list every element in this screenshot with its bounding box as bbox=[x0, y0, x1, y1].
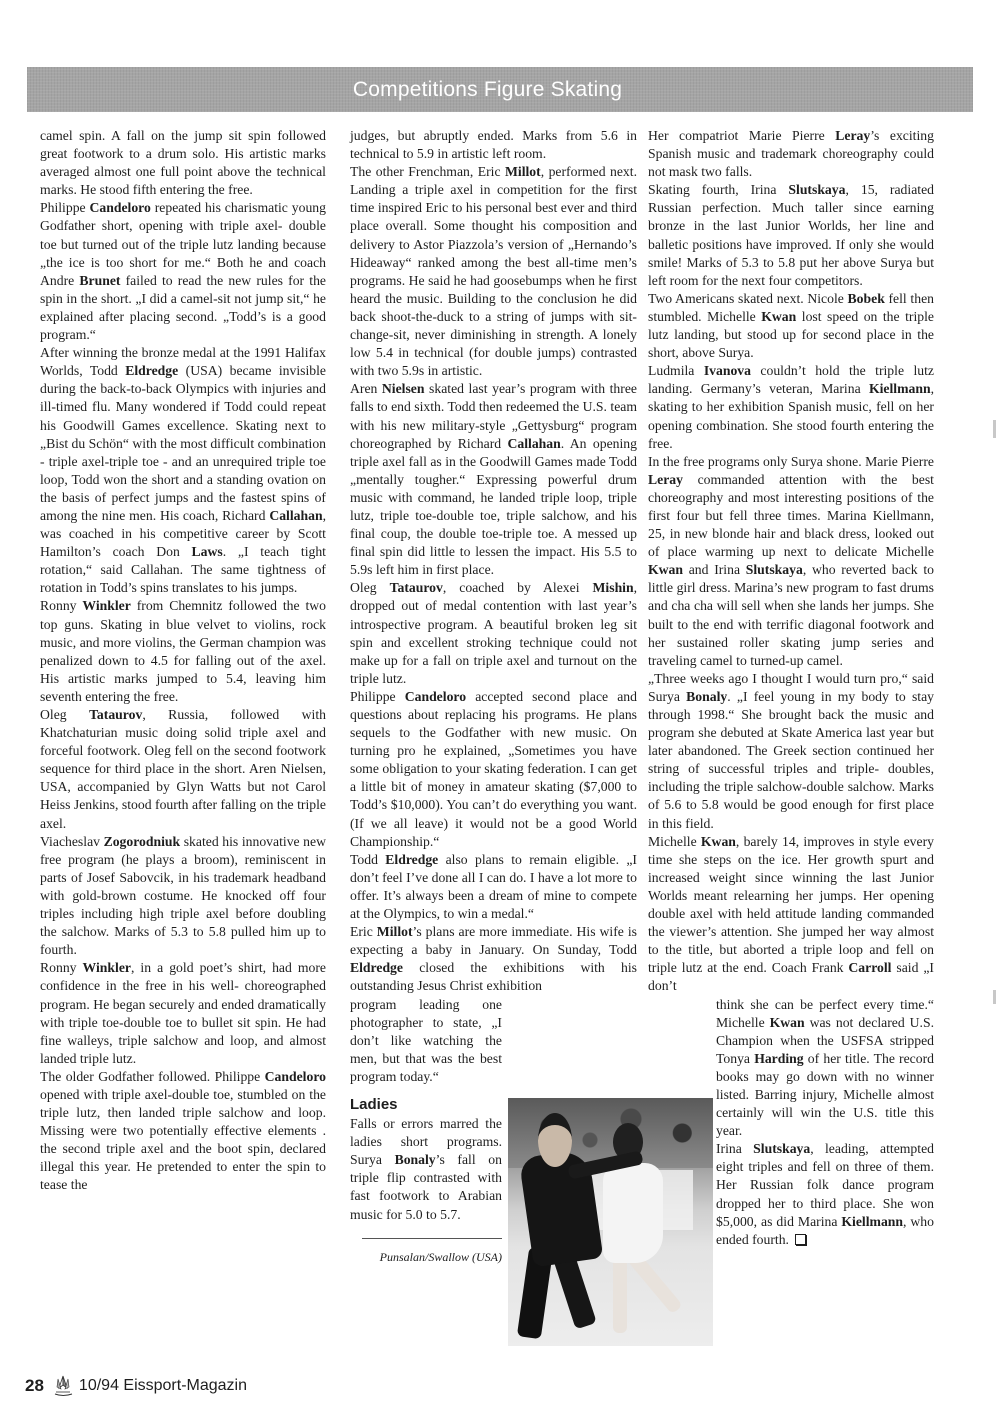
article-paragraph: Oleg Tataurov, coached by Alexei Mishin,… bbox=[350, 579, 637, 688]
article-paragraph: Falls or errors marred the ladies short … bbox=[350, 1115, 502, 1224]
bold-name: Candeloro bbox=[405, 689, 466, 704]
scan-artifact bbox=[993, 420, 996, 438]
photo-figure bbox=[613, 1253, 627, 1333]
article-column-2: judges, but abruptly ended. Marks from 5… bbox=[350, 127, 637, 1266]
article-paragraph: Viacheslav Zogorodniuk skated his innova… bbox=[40, 833, 326, 960]
bold-name: Bonaly bbox=[686, 689, 727, 704]
article-column-3: Her compatriot Marie Pierre Leray’s exci… bbox=[648, 127, 934, 1249]
bold-name: Kiellmann bbox=[841, 1214, 903, 1229]
bold-name: Zogorodniuk bbox=[104, 834, 181, 849]
issue-label: 10/94 Eissport-Magazin bbox=[79, 1377, 247, 1395]
scan-artifact bbox=[993, 990, 996, 1004]
caption-divider bbox=[362, 1238, 502, 1239]
bold-name: Nielsen bbox=[382, 381, 425, 396]
bold-name: Bobek bbox=[848, 291, 885, 306]
column-2-body: judges, but abruptly ended. Marks from 5… bbox=[350, 127, 637, 996]
bold-name: Slutskaya bbox=[788, 182, 845, 197]
bold-name: Slutskaya bbox=[746, 562, 803, 577]
photo-figure bbox=[538, 1113, 572, 1167]
bold-name: Millot bbox=[377, 924, 413, 939]
bold-name: Winkler bbox=[83, 960, 131, 975]
article-paragraph: Ronny Winkler, in a gold poet’s shirt, h… bbox=[40, 959, 326, 1068]
article-paragraph: think she can be perfect every time.“ Mi… bbox=[716, 996, 934, 1141]
article-paragraph: Two Americans skated next. Nicole Bobek … bbox=[648, 290, 934, 362]
bold-name: Callahan bbox=[269, 508, 322, 523]
eissport-logo-icon bbox=[50, 1373, 76, 1399]
bold-name: Harding bbox=[754, 1051, 803, 1066]
bold-name: Laws bbox=[192, 544, 223, 559]
article-paragraph: program leading one photographer to stat… bbox=[350, 996, 502, 1086]
end-of-article-icon bbox=[795, 1234, 806, 1245]
bold-name: Brunet bbox=[79, 273, 120, 288]
article-paragraph: Eric Millot’s plans are more immediate. … bbox=[350, 923, 637, 995]
page-footer: 28 10/94 Eissport-Magazin bbox=[25, 1373, 247, 1399]
bold-name: Millot bbox=[505, 164, 541, 179]
article-paragraph: Ronny Winkler from Chemnitz followed the… bbox=[40, 597, 326, 706]
bold-name: Candeloro bbox=[265, 1069, 326, 1084]
column-3-wrapped-text: think she can be perfect every time.“ Mi… bbox=[716, 996, 934, 1249]
bold-name: Tataurov bbox=[89, 707, 142, 722]
article-paragraph: Philippe Candeloro repeated his charisma… bbox=[40, 199, 326, 344]
article-paragraph: Philippe Candeloro accepted second place… bbox=[350, 688, 637, 851]
column-3-body: Her compatriot Marie Pierre Leray’s exci… bbox=[648, 127, 934, 996]
page-number: 28 bbox=[25, 1376, 44, 1396]
photo-caption: Punsalan/Swallow (USA) bbox=[350, 1248, 502, 1266]
article-paragraph: judges, but abruptly ended. Marks from 5… bbox=[350, 127, 637, 163]
bold-name: Leray bbox=[648, 472, 683, 487]
article-paragraph: After winning the bronze medal at the 19… bbox=[40, 344, 326, 597]
bold-name: Bonaly bbox=[395, 1152, 436, 1167]
bold-name: Candeloro bbox=[90, 200, 151, 215]
quote-paragraph: program leading one photographer to stat… bbox=[350, 996, 502, 1086]
bold-name: Kwan bbox=[761, 309, 796, 324]
bold-name: Kwan bbox=[701, 834, 736, 849]
bold-name: Kwan bbox=[648, 562, 683, 577]
article-paragraph: The older Godfather followed. Philippe C… bbox=[40, 1068, 326, 1195]
section-header-bar: Competitions Figure Skating bbox=[27, 67, 973, 112]
article-paragraph: Oleg Tataurov, Russia, followed with Kha… bbox=[40, 706, 326, 833]
section-title: Competitions Figure Skating bbox=[353, 78, 622, 102]
article-paragraph: Skating fourth, Irina Slutskaya, 15, rad… bbox=[648, 181, 934, 290]
bold-name: Kwan bbox=[770, 1015, 805, 1030]
ladies-intro: Falls or errors marred the ladies short … bbox=[350, 1115, 502, 1224]
article-paragraph: The other Frenchman, Eric Millot, perfor… bbox=[350, 163, 637, 380]
column-2-wrapped-text: program leading one photographer to stat… bbox=[350, 996, 502, 1266]
article-paragraph: Irina Slutskaya, leading, attempted eigh… bbox=[716, 1140, 934, 1249]
article-paragraph: Todd Eldredge also plans to remain eligi… bbox=[350, 851, 637, 923]
bold-name: Eldredge bbox=[125, 363, 178, 378]
bold-name: Eldredge bbox=[385, 852, 438, 867]
bold-name: Carroll bbox=[848, 960, 891, 975]
bold-name: Eldredge bbox=[350, 960, 403, 975]
bold-name: Leray bbox=[835, 128, 870, 143]
article-column-1: camel spin. A fall on the jump sit spin … bbox=[40, 127, 326, 1195]
article-paragraph: Ludmila Ivanova couldn’t hold the triple… bbox=[648, 362, 934, 452]
article-paragraph: In the free programs only Surya shone. M… bbox=[648, 453, 934, 670]
bold-name: Callahan bbox=[507, 436, 560, 451]
article-paragraph: Her compatriot Marie Pierre Leray’s exci… bbox=[648, 127, 934, 181]
bold-name: Slutskaya bbox=[753, 1141, 810, 1156]
article-paragraph: camel spin. A fall on the jump sit spin … bbox=[40, 127, 326, 199]
article-paragraph: Michelle Kwan, barely 14, improves in st… bbox=[648, 833, 934, 996]
bold-name: Mishin bbox=[593, 580, 634, 595]
bold-name: Ivanova bbox=[704, 363, 751, 378]
article-paragraph: „Three weeks ago I thought I would turn … bbox=[648, 670, 934, 833]
bold-name: Winkler bbox=[82, 598, 130, 613]
article-paragraph: Aren Nielsen skated last year’s program … bbox=[350, 380, 637, 579]
ladies-heading: Ladies bbox=[350, 1096, 502, 1114]
bold-name: Tataurov bbox=[390, 580, 443, 595]
bold-name: Kiellmann bbox=[869, 381, 931, 396]
